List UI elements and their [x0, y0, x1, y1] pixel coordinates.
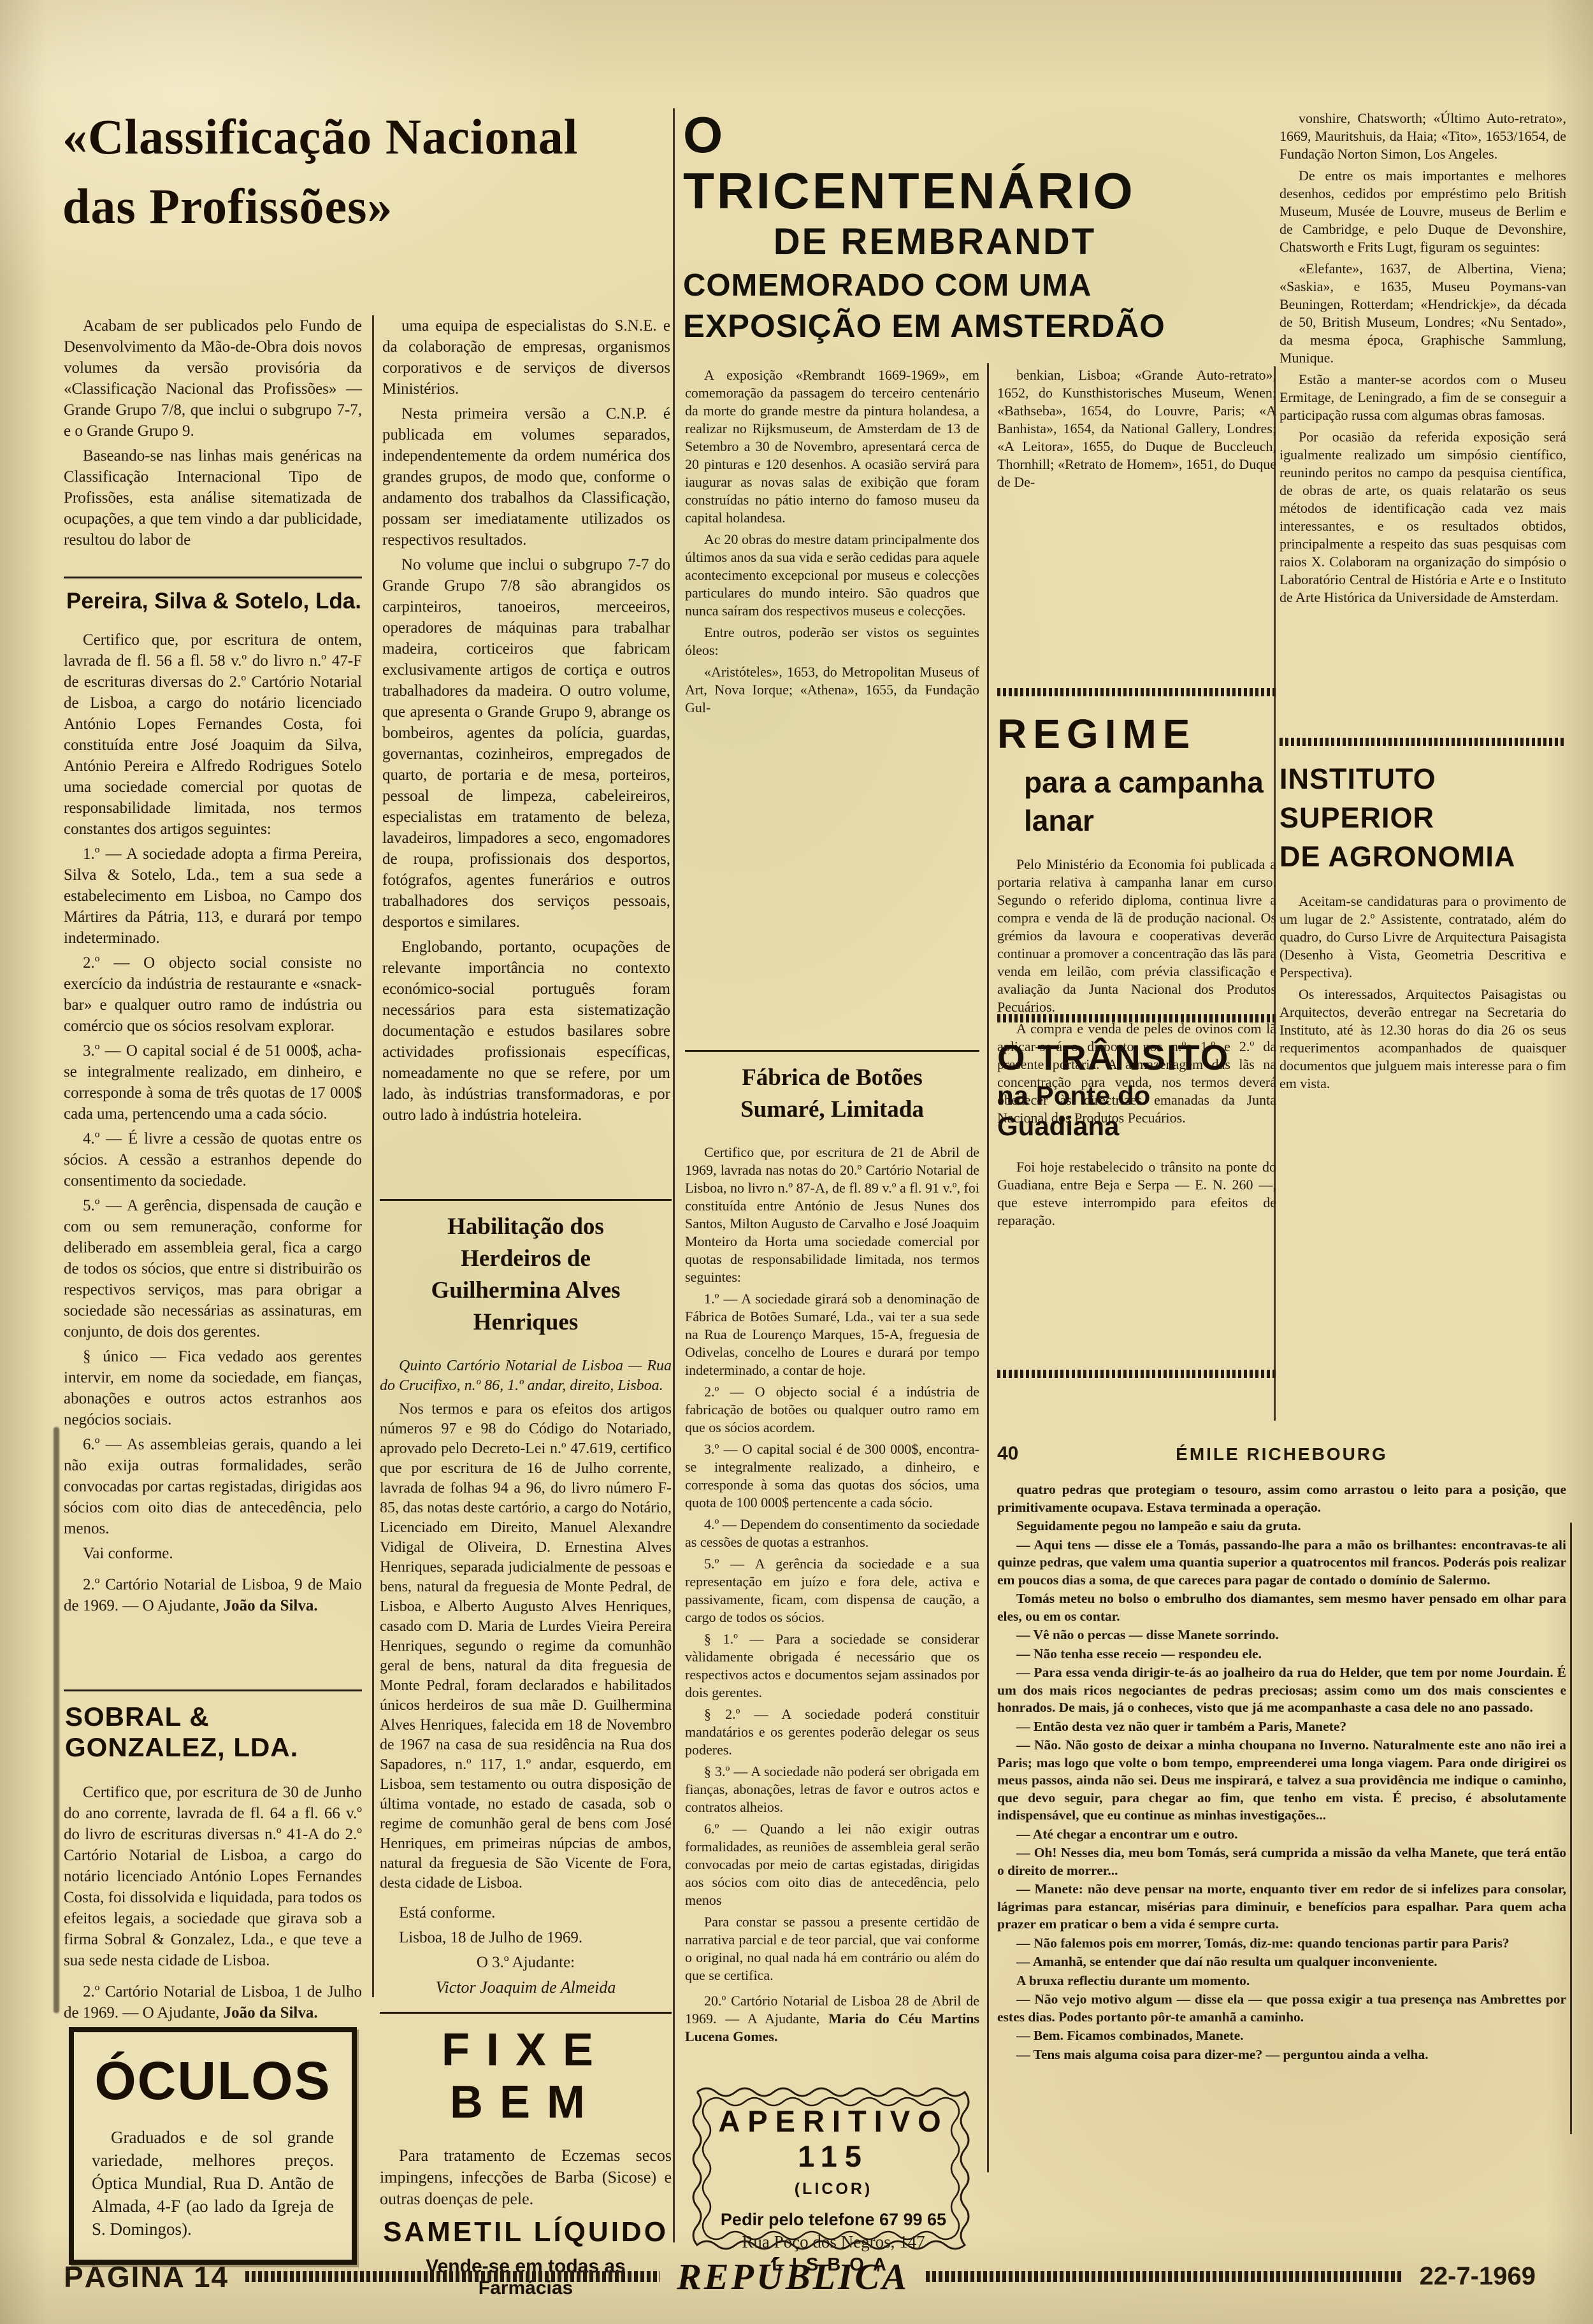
rembrandt-headline-line1: O TRICENTENÁRIO [683, 107, 1186, 219]
instituto-section: INSTITUTO SUPERIOR DE AGRONOMIA Aceitam-… [1279, 738, 1566, 1096]
signature-name: João da Silva. [224, 1597, 318, 1614]
paragraph: De entre os mais importantes e melhores … [1279, 167, 1566, 256]
sobral-body: Certifico que, por escritura de 30 de Ju… [64, 1782, 362, 1971]
footer-page-number: PÁGINA 14 [64, 2260, 229, 2294]
paragraph: 3.º — O capital social é de 51 000$, ach… [64, 1040, 362, 1124]
section-rule [685, 1050, 979, 1052]
serial-fiction: 40 ÉMILE RICHEBOURG quatro pedras que pr… [997, 1443, 1566, 2065]
paragraph: — Vê não o percas — disse Manete sorrind… [997, 1626, 1566, 1644]
paragraph: — Então desta vez não quer ir também a P… [997, 1718, 1566, 1736]
transito-title: O TRÂNSITO [997, 1036, 1276, 1078]
rembrandt-article-col3: A exposição «Rembrandt 1669-1969», em co… [685, 366, 979, 721]
paragraph: vonshire, Chatsworth; «Último Auto-retra… [1279, 110, 1566, 163]
paragraph: «Aristóteles», 1653, do Metropolitan Mus… [685, 663, 979, 717]
paragraph: 6.º — Quando a lei não exigir outras for… [685, 1820, 979, 1909]
transito-section: O TRÂNSITO na Ponte do Guadiana Foi hoje… [997, 1014, 1276, 1233]
transito-body: Foi hoje restabelecido o trânsito na pon… [997, 1158, 1276, 1230]
cnp-article-col1: Acabam de ser publicados pelo Fundo de D… [64, 315, 362, 554]
pereira-signature: 2.º Cartório Notarial de Lisboa, 9 de Ma… [64, 1574, 362, 1616]
section-rule [380, 2012, 672, 2014]
paragraph: § 1.º — Para a sociedade se considerar v… [685, 1630, 979, 1702]
paragraph: § 2.º — A sociedade poderá constituir ma… [685, 1705, 979, 1759]
paragraph: Seguidamente pegou no lampeão e saiu da … [997, 1517, 1566, 1535]
paragraph: — Não tenha esse receio — respondeu ele. [997, 1646, 1566, 1663]
section-rule [64, 1689, 362, 1691]
footer-masthead: REPÚBLICA [677, 2255, 909, 2298]
paragraph: Estão a manter-se acordos com o Museu Er… [1279, 371, 1566, 424]
rembrandt-article-col4: benkian, Lisboa; «Grande Auto-retrato», … [997, 366, 1276, 495]
hatched-rule [997, 1370, 1276, 1378]
pereira-notice: Pereira, Silva & Sotelo, Lda. Certifico … [64, 577, 362, 1620]
pereira-title: Pereira, Silva & Sotelo, Lda. [66, 589, 362, 614]
paragraph: Certifico que, por escritura de 30 de Ju… [64, 1782, 362, 1971]
instituto-body: Aceitam-se candidaturas para o proviment… [1279, 893, 1566, 1093]
paragraph: — Manete: não deve pensar na morte, enqu… [997, 1881, 1566, 1933]
regime-title: REGIME [997, 710, 1276, 757]
paragraph: — Aqui tens — disse ele a Tomás, passand… [997, 1537, 1566, 1589]
rembrandt-article-col5: vonshire, Chatsworth; «Último Auto-retra… [1279, 110, 1566, 610]
rembrandt-headline: O TRICENTENÁRIO DE REMBRANDT COMEMORADO … [683, 107, 1186, 347]
paragraph: 4.º — Dependem do consentimento da socie… [685, 1516, 979, 1551]
newspaper-page: «Classificação Nacional das Profissões» … [0, 0, 1593, 2324]
serial-body: quatro pedras que protegiam o tesouro, a… [997, 1481, 1566, 2063]
paragraph: — Não vejo motivo algum — disse ela — qu… [997, 1991, 1566, 2026]
habilitacao-notice: Habilitação dos Herdeiros de Guilhermina… [380, 1199, 672, 2002]
fabrica-title: Fábrica de Botões Sumaré, Limitada [685, 1062, 979, 1126]
habilitacao-signature: Victor Joaquim de Almeida [380, 1977, 672, 1998]
aperitivo-ad-title: APERITIVO 115 [711, 2104, 956, 2174]
paragraph: — Até chegar a encontrar um e outro. [997, 1826, 1566, 1844]
paragraph: uma equipa de especialistas do S.N.E. e … [382, 315, 670, 399]
oculos-ad-title: ÓCULOS [92, 2050, 334, 2112]
paragraph: Nesta primeira versão a C.N.P. é publica… [382, 403, 670, 550]
paragraph: 6.º — As assembleias gerais, quando a le… [64, 1434, 362, 1539]
column-divider [372, 315, 374, 1997]
habilitacao-place-date: Lisboa, 18 de Julho de 1969. [380, 1927, 672, 1948]
paragraph: 1.º — A sociedade girará sob a denominaç… [685, 1290, 979, 1379]
instituto-title-line2: DE AGRONOMIA [1279, 838, 1566, 877]
footer-date: 22-7-1969 [1420, 2262, 1536, 2291]
paragraph: Para constar se passou a presente certid… [685, 1913, 979, 1984]
paragraph: Por ocasião da referida exposição será i… [1279, 428, 1566, 606]
paragraph: § 3.º — A sociedade não poderá ser obrig… [685, 1763, 979, 1816]
paragraph: Vai conforme. [64, 1543, 362, 1564]
fabrica-signature: 20.º Cartório Notarial de Lisboa 28 de A… [685, 1992, 979, 2046]
paragraph: — Bem. Ficamos combinados, Manete. [997, 2027, 1566, 2045]
aperitivo-ad-subtitle: (LICOR) [711, 2180, 956, 2198]
paragraph: — Amanhã, se entender que daí não result… [997, 1953, 1566, 1971]
paragraph: Pelo Ministério da Economia foi publicad… [997, 856, 1276, 1016]
paragraph: Baseando-se nas linhas mais genéricas na… [64, 445, 362, 550]
paragraph: 3.º — O capital social é de 300 000$, en… [685, 1440, 979, 1512]
paragraph: Os interessados, Arquitectos Paisagistas… [1279, 986, 1566, 1093]
fabrica-body: Certifico que, por escritura de 21 de Ab… [685, 1144, 979, 1984]
regime-subtitle-line2: lanar [1024, 802, 1276, 840]
paragraph: Entre outros, poderão ser vistos os segu… [685, 624, 979, 659]
paragraph: — Tens mais alguma coisa para dizer-me? … [997, 2046, 1566, 2064]
column-divider [1570, 1523, 1572, 2134]
paragraph: Foi hoje restabelecido o trânsito na pon… [997, 1158, 1276, 1230]
regime-subtitle-line1: para a campanha [1024, 764, 1276, 802]
paragraph: Certifico que, por escritura de 21 de Ab… [685, 1144, 979, 1286]
paragraph: Aceitam-se candidaturas para o proviment… [1279, 893, 1566, 982]
sobral-title: SOBRAL & GONZALEZ, LDA. [65, 1702, 362, 1763]
paragraph: 5.º — A gerência, dispensada de caução e… [64, 1195, 362, 1342]
paragraph: A exposição «Rembrandt 1669-1969», em co… [685, 366, 979, 527]
oculos-ad-body: Graduados e de sol grande variedade, mel… [92, 2126, 334, 2241]
cnp-article-col2: uma equipa de especialistas do S.N.E. e … [382, 315, 670, 1130]
rembrandt-headline-line4: EXPOSIÇÃO EM AMSTERDÃO [683, 306, 1186, 347]
paragraph: Ac 20 obras do mestre datam principalmen… [685, 531, 979, 620]
cnp-headline: «Classificação Nacional das Profissões» [62, 102, 674, 241]
paragraph: benkian, Lisboa; «Grande Auto-retrato», … [997, 366, 1276, 491]
hatched-rule [1279, 738, 1566, 746]
fabrica-notice: Fábrica de Botões Sumaré, Limitada Certi… [685, 1050, 979, 2049]
sobral-signature: 2.º Cartório Notarial de Lisboa, 1 de Ju… [64, 1981, 362, 2023]
fixebem-ad-title: FIXE BEM [380, 2024, 672, 2128]
fixebem-ad-body: Para tratamento de Eczemas secos impinge… [380, 2145, 672, 2210]
column-divider [987, 363, 989, 2172]
paragraph: 1.º — A sociedade adopta a firma Pereira… [64, 843, 362, 949]
cnp-headline-line1: «Classificação Nacional [62, 102, 674, 171]
aperitivo-phone-line: Pedir pelo telefone 67 99 65 [711, 2210, 956, 2230]
rembrandt-headline-line2: DE REMBRANDT [683, 219, 1186, 266]
oculos-ad: ÓCULOS Graduados e de sol grande varieda… [69, 2027, 357, 2265]
paragraph: — Oh! Nesses dia, meu bom Tomás, será cu… [997, 1844, 1566, 1879]
hatched-rule [997, 1014, 1276, 1022]
paragraph: 2.º — O objecto social é a indústria de … [685, 1383, 979, 1437]
section-rule [64, 577, 362, 578]
fixebem-product: SAMETIL LÍQUIDO [380, 2216, 672, 2248]
paragraph: 2.º — O objecto social consiste no exerc… [64, 952, 362, 1036]
paragraph: — Não. Não gosto de deixar a minha choup… [997, 1737, 1566, 1825]
cnp-headline-line2: das Profissões» [62, 171, 674, 241]
paragraph: No volume que inclui o subgrupo 7-7 do G… [382, 554, 670, 933]
habilitacao-body: Nos termos e para os efeitos dos artigos… [380, 1400, 672, 1893]
paragraph: — Não falemos pois em morrer, Tomás, diz… [997, 1935, 1566, 1953]
habilitacao-title: Habilitação dos Herdeiros de Guilhermina… [380, 1211, 672, 1338]
serial-chapter-number: 40 [997, 1443, 1074, 1465]
paragraph: Tomás meteu no bolso o embrulho dos diam… [997, 1590, 1566, 1625]
habilitacao-role: O 3.º Ajudante: [380, 1952, 672, 1973]
paragraph: — Para essa venda dirigir-te-ás ao joalh… [997, 1664, 1566, 1717]
habilitacao-conforme: Está conforme. [380, 1902, 672, 1923]
paragraph: A bruxa reflectiu durante um momento. [997, 1972, 1566, 1990]
pereira-body: Certifico que, por escritura de ontem, l… [64, 629, 362, 1564]
section-rule [380, 1199, 672, 1201]
scan-edge-smudge [54, 1427, 59, 2013]
sobral-notice: SOBRAL & GONZALEZ, LDA. Certifico que, p… [64, 1689, 362, 2027]
rembrandt-headline-line3: COMEMORADO COM UMA [683, 266, 1186, 306]
paragraph: Certifico que, por escritura de ontem, l… [64, 629, 362, 840]
column-divider [673, 108, 675, 2242]
paragraph: Englobando, portanto, ocupações de relev… [382, 936, 670, 1126]
signature-name: João da Silva. [224, 2004, 318, 2021]
paragraph: § único — Fica vedado aos gerentes inter… [64, 1346, 362, 1430]
paragraph: Acabam de ser publicados pelo Fundo de D… [64, 315, 362, 441]
instituto-title-line1: INSTITUTO SUPERIOR [1279, 760, 1566, 838]
paragraph: «Elefante», 1637, de Albertina, Viena; «… [1279, 260, 1566, 367]
page-footer: PÁGINA 14 REPÚBLICA 22-7-1969 [64, 2255, 1536, 2298]
hatched-rule [997, 688, 1276, 696]
paragraph: 4.º — É livre a cessão de quotas entre o… [64, 1128, 362, 1191]
footer-hatch-rule [926, 2271, 1403, 2282]
paragraph: quatro pedras que protegiam o tesouro, a… [997, 1481, 1566, 1516]
transito-subtitle: na Ponte do Guadiana [997, 1080, 1276, 1142]
paragraph: 5.º — A gerência da sociedade e a sua re… [685, 1555, 979, 1626]
footer-hatch-rule [245, 2271, 660, 2282]
paragraph: Nos termos e para os efeitos dos artigos… [380, 1400, 672, 1893]
aperitivo-address-line: Rua Poço dos Negros, 147 [711, 2232, 956, 2252]
aperitivo-ad: APERITIVO 115 (LICOR) Pedir pelo telefon… [689, 2082, 977, 2268]
habilitacao-notary-line: Quinto Cartório Notarial de Lisboa — Rua… [380, 1356, 672, 1396]
serial-author: ÉMILE RICHEBOURG [1074, 1444, 1490, 1465]
